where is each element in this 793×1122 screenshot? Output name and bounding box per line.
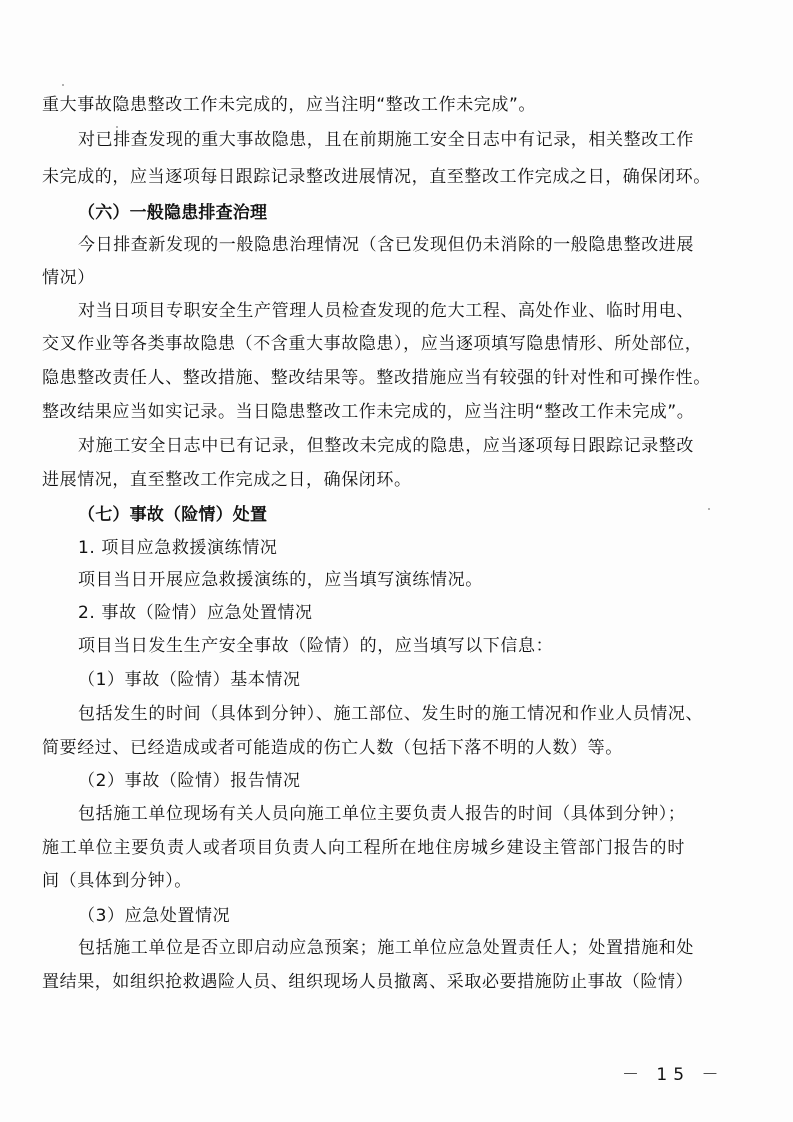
text-line: 项目当日发生生产安全事故（险情）的，应当填写以下信息： [78, 635, 728, 657]
text-line: 包括发生的时间（具体到分钟）、施工部位、发生时的施工情况和作业人员情况、 [78, 703, 685, 725]
text-line: 交叉作业等各类事故隐患（不含重大事故隐患），应当逐项填写隐患情形、所处部位， [42, 333, 685, 355]
text-line: 进展情况，直至整改工作完成之日，确保闭环。 [42, 469, 692, 491]
scan-speck [62, 84, 64, 86]
text-line: 简要经过、已经造成或者可能造成的伤亡人数（包括下落不明的人数）等。 [42, 737, 692, 759]
text-line: 置结果，如组织抢救遇险人员、组织现场人员撤离、采取必要措施防止事故（险情） [42, 971, 685, 993]
text-line: 项目当日开展应急救援演练的，应当填写演练情况。 [78, 569, 728, 591]
section-heading: （七）事故（险情）处置 [78, 504, 728, 526]
text-line: 间（具体到分钟）。 [42, 870, 692, 892]
text-line: 2. 事故（险情）应急处置情况 [78, 602, 728, 624]
text-line: 未完成的，应当逐项每日跟踪记录整改进展情况，直至整改工作完成之日，确保闭环。 [42, 166, 685, 188]
text-line: （1）事故（险情）基本情况 [78, 669, 728, 691]
text-line: 施工单位主要负责人或者项目负责人向工程所在地住房城乡建设主管部门报告的时 [42, 837, 685, 859]
text-line: 包括施工单位现场有关人员向施工单位主要负责人报告的时间（具体到分钟）； [78, 803, 685, 825]
text-line: 对施工安全日志中已有记录，但整改未完成的隐患，应当逐项每日跟踪记录整改 [78, 435, 685, 457]
text-line: 今日排查新发现的一般隐患治理情况（含已发现但仍未消除的一般隐患整改进展 [78, 234, 685, 256]
text-line: （3）应急处置情况 [78, 905, 728, 927]
scan-speck [116, 126, 118, 128]
page-number: － 15 － [622, 1060, 724, 1085]
text-line: 对当日项目专职安全生产管理人员检查发现的危大工程、高处作业、临时用电、 [78, 300, 685, 322]
text-line: 重大事故隐患整改工作未完成的，应当注明“整改工作未完成”。 [42, 94, 692, 116]
text-line: 隐患整改责任人、整改措施、整改结果等。整改措施应当有较强的针对性和可操作性。 [42, 367, 685, 389]
text-line: 整改结果应当如实记录。当日隐患整改工作未完成的，应当注明“整改工作未完成”。 [42, 401, 685, 423]
text-line: 对已排查发现的重大事故隐患，且在前期施工安全日志中有记录，相关整改工作 [78, 129, 685, 151]
scan-speck [708, 508, 710, 510]
text-line: 1. 项目应急救援演练情况 [78, 537, 728, 559]
section-heading: （六）一般隐患排查治理 [78, 202, 728, 224]
text-line: （2）事故（险情）报告情况 [78, 770, 728, 792]
text-line: 情况） [42, 267, 692, 289]
text-line: 包括施工单位是否立即启动应急预案；施工单位应急处置责任人；处置措施和处 [78, 937, 685, 959]
document-page: 重大事故隐患整改工作未完成的，应当注明“整改工作未完成”。对已排查发现的重大事故… [0, 0, 793, 1122]
